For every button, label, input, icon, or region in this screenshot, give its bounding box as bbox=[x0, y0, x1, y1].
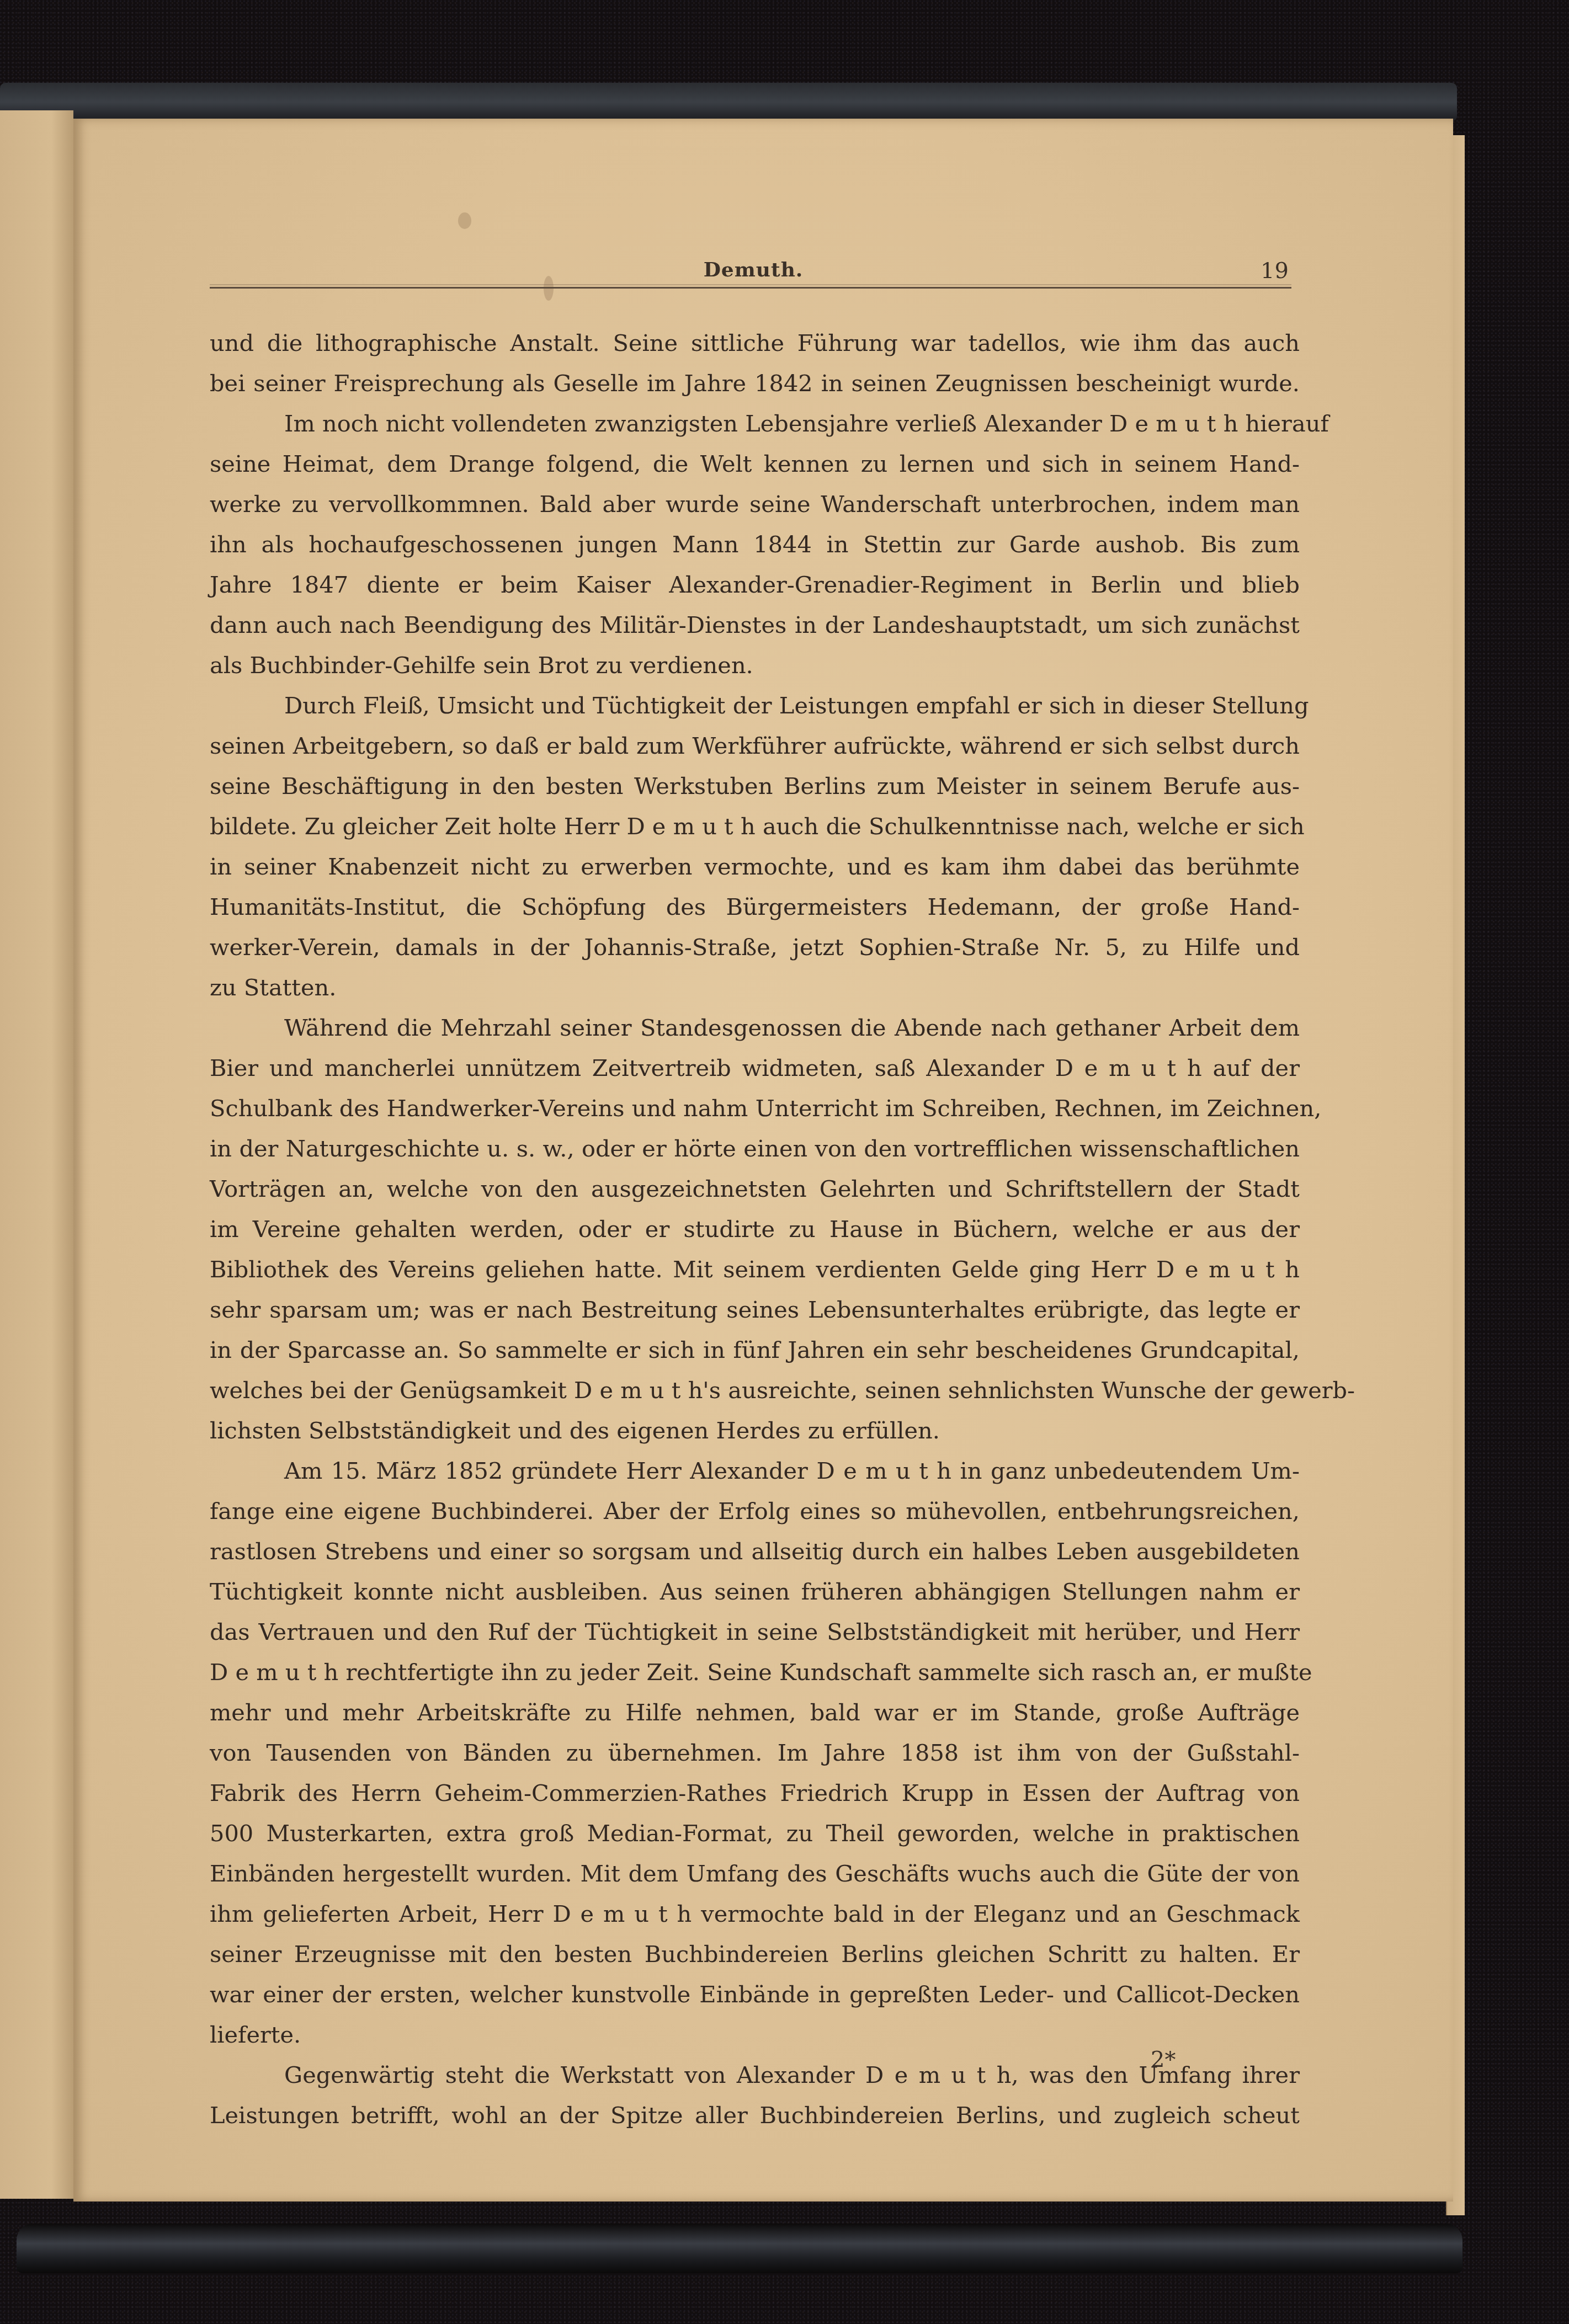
text-line: ihn als hochaufgeschossenen jungen Mann … bbox=[210, 524, 1300, 564]
text-line: Einbänden hergestellt wurden. Mit dem Um… bbox=[210, 1853, 1300, 1894]
text-line: rastlosen Strebens und einer so sorgsam … bbox=[210, 1531, 1300, 1571]
left-page-edge bbox=[0, 110, 73, 2199]
text-line: sehr sparsam um; was er nach Bestreitung… bbox=[210, 1289, 1300, 1330]
book-binding-bottom bbox=[17, 2224, 1462, 2273]
text-line: Am 15. März 1852 gründete Herr Alexander… bbox=[210, 1451, 1300, 1491]
text-line: D e m u t h rechtfertigte ihn zu jeder Z… bbox=[210, 1652, 1300, 1692]
header-rule bbox=[210, 287, 1291, 289]
text-line: von Tausenden von Bänden zu übernehmen. … bbox=[210, 1733, 1300, 1773]
text-line: zu Statten. bbox=[210, 967, 1300, 1008]
text-line: in der Sparcasse an. So sammelte er sich… bbox=[210, 1330, 1300, 1370]
text-line: Während die Mehrzahl seiner Standesgenos… bbox=[210, 1008, 1300, 1048]
text-line: welches bei der Genügsamkeit D e m u t h… bbox=[210, 1370, 1300, 1410]
text-line: lieferte. bbox=[210, 2014, 1300, 2055]
paragraph: Während die Mehrzahl seiner Standesgenos… bbox=[210, 1008, 1300, 1451]
text-line: Fabrik des Herrn Geheim-Commerzien-Rathe… bbox=[210, 1773, 1300, 1813]
body-text: und die lithographische Anstalt. Seine s… bbox=[210, 323, 1300, 2135]
header-rule-faint bbox=[210, 284, 1291, 285]
page-number: 19 bbox=[1260, 258, 1289, 284]
text-line: seiner Erzeugnisse mit den besten Buchbi… bbox=[210, 1934, 1300, 1974]
text-line: bildete. Zu gleicher Zeit holte Herr D e… bbox=[210, 806, 1300, 846]
running-head: Demuth. 19 bbox=[218, 258, 1289, 291]
text-line: Leistungen betrifft, wohl an der Spitze … bbox=[210, 2095, 1300, 2135]
text-line: Im noch nicht vollendeten zwanzigsten Le… bbox=[210, 403, 1300, 444]
text-line: Schulbank des Handwerker-Vereins und nah… bbox=[210, 1088, 1300, 1128]
text-line: Bibliothek des Vereins geliehen hatte. M… bbox=[210, 1249, 1300, 1289]
paragraph: Am 15. März 1852 gründete Herr Alexander… bbox=[210, 1451, 1300, 2055]
paper-stain bbox=[458, 212, 471, 229]
text-line: und die lithographische Anstalt. Seine s… bbox=[210, 323, 1300, 363]
text-line: Jahre 1847 diente er beim Kaiser Alexand… bbox=[210, 564, 1300, 605]
text-line: seine Beschäftigung in den besten Werkst… bbox=[210, 766, 1300, 806]
paragraph: Gegenwärtig steht die Werkstatt von Alex… bbox=[210, 2055, 1300, 2135]
paragraph: und die lithographische Anstalt. Seine s… bbox=[210, 323, 1300, 403]
text-line: Vorträgen an, welche von den ausgezeichn… bbox=[210, 1169, 1300, 1209]
text-line: 500 Musterkarten, extra groß Median-Form… bbox=[210, 1813, 1300, 1853]
text-line: werker-Verein, damals in der Johannis-St… bbox=[210, 927, 1300, 967]
running-head-title: Demuth. bbox=[218, 258, 1289, 281]
text-line: werke zu vervollkommnen. Bald aber wurde… bbox=[210, 484, 1300, 524]
text-line: in seiner Knabenzeit nicht zu erwerben v… bbox=[210, 846, 1300, 887]
text-line: im Vereine gehalten werden, oder er stud… bbox=[210, 1209, 1300, 1249]
text-line: fange eine eigene Buchbinderei. Aber der… bbox=[210, 1491, 1300, 1531]
text-line: seine Heimat, dem Drange folgend, die We… bbox=[210, 444, 1300, 484]
text-line: Bier und mancherlei unnützem Zeitvertrei… bbox=[210, 1048, 1300, 1088]
text-line: das Vertrauen und den Ruf der Tüchtigkei… bbox=[210, 1612, 1300, 1652]
text-line: in der Naturgeschichte u. s. w., oder er… bbox=[210, 1128, 1300, 1169]
text-line: war einer der ersten, welcher kunstvolle… bbox=[210, 1974, 1300, 2014]
text-line: bei seiner Freisprechung als Geselle im … bbox=[210, 363, 1300, 403]
text-line: Humanitäts-Institut, die Schöpfung des B… bbox=[210, 887, 1300, 927]
book-binding-top bbox=[0, 83, 1457, 121]
text-line: lichsten Selbstständigkeit und des eigen… bbox=[210, 1410, 1300, 1451]
paragraph: Durch Fleiß, Umsicht und Tüchtigkeit der… bbox=[210, 685, 1300, 1008]
signature-mark: 2* bbox=[1151, 2047, 1176, 2072]
text-line: Gegenwärtig steht die Werkstatt von Alex… bbox=[210, 2055, 1300, 2095]
text-line: als Buchbinder-Gehilfe sein Brot zu verd… bbox=[210, 645, 1300, 685]
text-line: seinen Arbeitgebern, so daß er bald zum … bbox=[210, 726, 1300, 766]
text-line: Durch Fleiß, Umsicht und Tüchtigkeit der… bbox=[210, 685, 1300, 726]
text-line: dann auch nach Beendigung des Militär-Di… bbox=[210, 605, 1300, 645]
text-line: mehr und mehr Arbeitskräfte zu Hilfe neh… bbox=[210, 1692, 1300, 1733]
paragraph: Im noch nicht vollendeten zwanzigsten Le… bbox=[210, 403, 1300, 685]
text-line: ihm gelieferten Arbeit, Herr D e m u t h… bbox=[210, 1894, 1300, 1934]
text-line: Tüchtigkeit konnte nicht ausbleiben. Aus… bbox=[210, 1571, 1300, 1612]
